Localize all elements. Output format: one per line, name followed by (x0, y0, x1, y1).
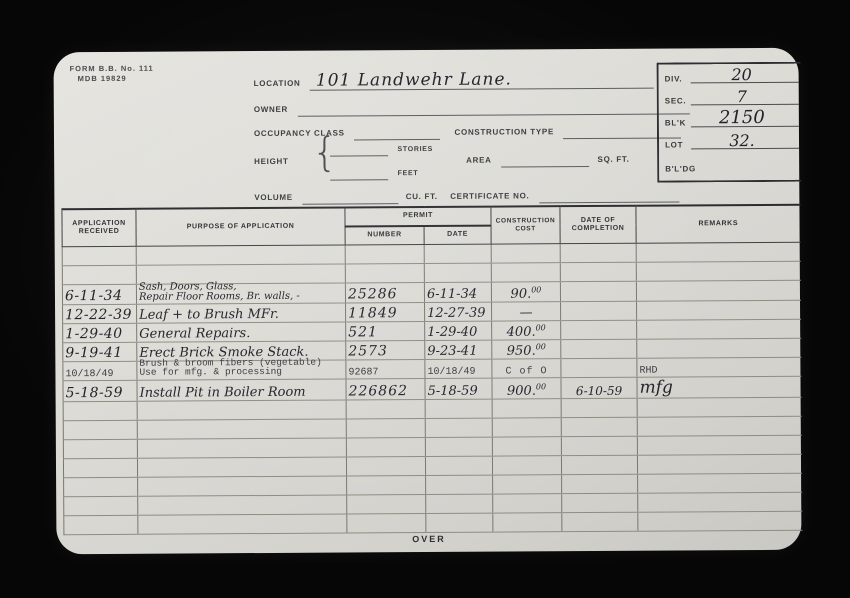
bldg-value (691, 174, 793, 175)
col-construction-cost: CONSTRUCTION COST (491, 206, 560, 244)
cell-remarks (637, 338, 801, 358)
stories-field: STORIES (330, 138, 433, 157)
col-permit-number: NUMBER (345, 226, 424, 245)
div-value: 20 (691, 65, 793, 85)
table-row (64, 511, 802, 535)
sec-row: SEC. 7 (659, 86, 801, 109)
cell-cost (493, 475, 562, 494)
cell-date: 9-23-41 (425, 340, 492, 359)
cell-number: 521 (346, 322, 425, 341)
cell-completion (561, 358, 637, 377)
lot-value: 32. (691, 131, 793, 151)
div-label: DIV. (665, 74, 683, 83)
cell-completion (560, 243, 636, 262)
cell-received (62, 246, 136, 265)
sec-value: 7 (691, 87, 793, 107)
cell-received (64, 496, 138, 515)
permit-index-card: FORM B.B. No. 111 MDB 19829 LOCATION 101… (53, 48, 801, 555)
cell-number (347, 495, 426, 514)
cell-cost (492, 456, 561, 475)
cell-completion (562, 474, 638, 493)
cell-purpose (138, 495, 347, 515)
cell-purpose (137, 400, 346, 420)
cell-completion (561, 320, 637, 339)
cell-received: 1-29-40 (63, 323, 137, 342)
cell-remarks (636, 242, 800, 262)
cell-completion (560, 262, 636, 281)
cell-received (64, 515, 138, 534)
bldg-label: B'L'DG (665, 164, 696, 173)
cell-received: 12-22-39 (63, 304, 137, 323)
stories-label: STORIES (398, 146, 434, 153)
height-label: HEIGHT (254, 157, 288, 166)
cell-remarks (638, 511, 802, 531)
cell-number (347, 514, 426, 533)
cell-received (64, 477, 138, 496)
area-field: AREA SQ. FT. (466, 149, 629, 168)
col-permit-group: PERMIT (345, 207, 491, 227)
cell-remarks: RHD (637, 357, 801, 377)
cell-remarks (636, 280, 800, 301)
cell-number (345, 264, 424, 283)
cell-number (345, 245, 424, 264)
cell-date (426, 475, 493, 494)
cell-cost (492, 399, 561, 418)
col-application-received: APPLICATION RECEIVED (62, 209, 136, 247)
cell-completion (561, 436, 637, 455)
blk-value: 2150 (691, 107, 793, 129)
lot-info-box: DIV. 20 SEC. 7 BL'K 2150 LOT 32. B'L'DG (657, 62, 802, 183)
cell-received (63, 401, 137, 420)
area-label: AREA (466, 156, 492, 165)
cell-number: 2573 (346, 341, 425, 360)
cell-received (63, 439, 137, 458)
owner-label: OWNER (254, 105, 288, 114)
location-value: 101 Landwehr Lane. (310, 71, 654, 91)
cell-cost: 950.00 (492, 340, 561, 359)
cell-number (346, 438, 425, 457)
cell-cost (493, 513, 562, 532)
cell-remarks (638, 492, 802, 512)
certificate-no-value (539, 184, 679, 203)
cell-purpose: General Repairs. (137, 322, 346, 342)
cell-received (62, 265, 136, 284)
volume-field: VOLUME CU. FT. CERTIFICATE NO. (254, 184, 679, 205)
feet-label: FEET (398, 170, 419, 177)
permits-table-body: 6-11-34Sash, Doors, Glass, Repair Floor … (62, 242, 802, 535)
cell-purpose: Sash, Doors, Glass, Repair Floor Rooms, … (136, 283, 345, 304)
cell-date (426, 513, 493, 532)
cell-number: 92687 (346, 360, 425, 379)
cell-remarks (637, 300, 801, 320)
owner-field: OWNER (254, 96, 690, 117)
cell-remarks (637, 416, 801, 436)
cell-date (424, 263, 491, 282)
cell-cost (493, 494, 562, 513)
cuft-label: CU. FT. (406, 192, 438, 201)
blk-label: BL'K (665, 118, 686, 127)
cell-cost (492, 437, 561, 456)
cell-number (346, 457, 425, 476)
feet-field: FEET (330, 162, 418, 181)
cell-purpose (137, 438, 346, 458)
cell-completion: 6-10-59 (561, 377, 637, 398)
cell-purpose: Brush & broom fibers (vegetable) Use for… (137, 360, 346, 380)
scan-background: FORM B.B. No. 111 MDB 19829 LOCATION 101… (0, 0, 850, 598)
cell-completion (561, 398, 637, 417)
cell-date (425, 456, 492, 475)
col-permit-date: DATE (424, 226, 491, 245)
cell-cost (491, 263, 560, 282)
cell-completion (561, 455, 637, 474)
cell-purpose: Leaf + to Brush MFr. (137, 303, 346, 323)
cell-remarks (636, 261, 800, 281)
cell-completion (560, 281, 636, 301)
cell-received: 5-18-59 (63, 380, 137, 401)
cell-date (424, 244, 491, 263)
owner-value (297, 96, 689, 116)
cell-completion (561, 301, 637, 320)
height-field: HEIGHT (254, 151, 289, 169)
cell-date: 12-27-39 (425, 302, 492, 321)
cell-remarks (638, 473, 802, 493)
cell-remarks: mfg (637, 376, 801, 398)
cell-number: 11849 (346, 303, 425, 322)
cell-completion (561, 417, 637, 436)
cell-number: 226862 (346, 379, 425, 400)
cell-date (425, 418, 492, 437)
cell-date: 10/18/49 (425, 359, 492, 378)
cell-received (63, 458, 137, 477)
construction-type-label: CONSTRUCTION TYPE (455, 127, 555, 137)
cell-date (426, 494, 493, 513)
cell-number (347, 476, 426, 495)
cell-date: 5-18-59 (425, 378, 492, 399)
location-label: LOCATION (254, 79, 301, 88)
cell-remarks (637, 397, 801, 417)
cell-date: 1-29-40 (425, 321, 492, 340)
cell-received: 6-11-34 (62, 284, 136, 304)
cell-purpose (138, 476, 347, 496)
col-purpose: PURPOSE OF APPLICATION (136, 208, 345, 247)
sqft-label: SQ. FT. (597, 155, 629, 164)
cell-remarks (637, 435, 801, 455)
cell-received: 9-19-41 (63, 342, 137, 361)
cell-received (63, 420, 137, 439)
cell-cost: 90.00 (491, 282, 560, 302)
cell-date (425, 399, 492, 418)
form-number: FORM B.B. No. 111 MDB 19829 (70, 64, 154, 85)
cell-cost: 900.00 (492, 378, 561, 399)
col-remarks: REMARKS (636, 205, 800, 244)
permits-table: APPLICATION RECEIVED PURPOSE OF APPLICAT… (61, 204, 801, 536)
cell-purpose (136, 245, 345, 265)
volume-label: VOLUME (254, 193, 292, 202)
div-row: DIV. 20 (659, 64, 801, 87)
cell-number (346, 400, 425, 419)
lot-label: LOT (665, 140, 683, 149)
cell-date: 6-11-34 (424, 282, 491, 302)
certificate-no-label: CERTIFICATE NO. (450, 191, 529, 200)
blk-row: BL'K 2150 (659, 108, 801, 131)
cell-cost (492, 418, 561, 437)
cell-completion (562, 512, 638, 531)
cell-received: 10/18/49 (63, 361, 137, 380)
cell-cost: — (492, 302, 561, 321)
cell-purpose (138, 514, 347, 534)
location-field: LOCATION 101 Landwehr Lane. (254, 71, 654, 91)
cell-number: 25286 (345, 283, 424, 303)
cell-cost: C of O (492, 359, 561, 378)
lot-row: LOT 32. (659, 130, 801, 153)
cell-cost (491, 244, 560, 263)
bldg-row: B'L'DG (659, 152, 801, 177)
cell-completion (562, 493, 638, 512)
cell-number (346, 419, 425, 438)
cell-purpose: Install Pit in Boiler Room (137, 379, 346, 401)
form-number-line1: FORM B.B. No. 111 (70, 64, 154, 75)
col-date-of-completion: DATE OF COMPLETION (560, 206, 636, 244)
cell-purpose (137, 457, 346, 477)
cell-cost: 400.00 (492, 321, 561, 340)
cell-remarks (637, 319, 801, 339)
sec-label: SEC. (665, 96, 687, 105)
form-number-line2: MDB 19829 (70, 74, 154, 85)
permits-table-header: APPLICATION RECEIVED PURPOSE OF APPLICAT… (62, 205, 800, 247)
cell-completion (561, 339, 637, 358)
cell-purpose (137, 419, 346, 439)
cell-remarks (637, 454, 801, 474)
cell-date (425, 437, 492, 456)
